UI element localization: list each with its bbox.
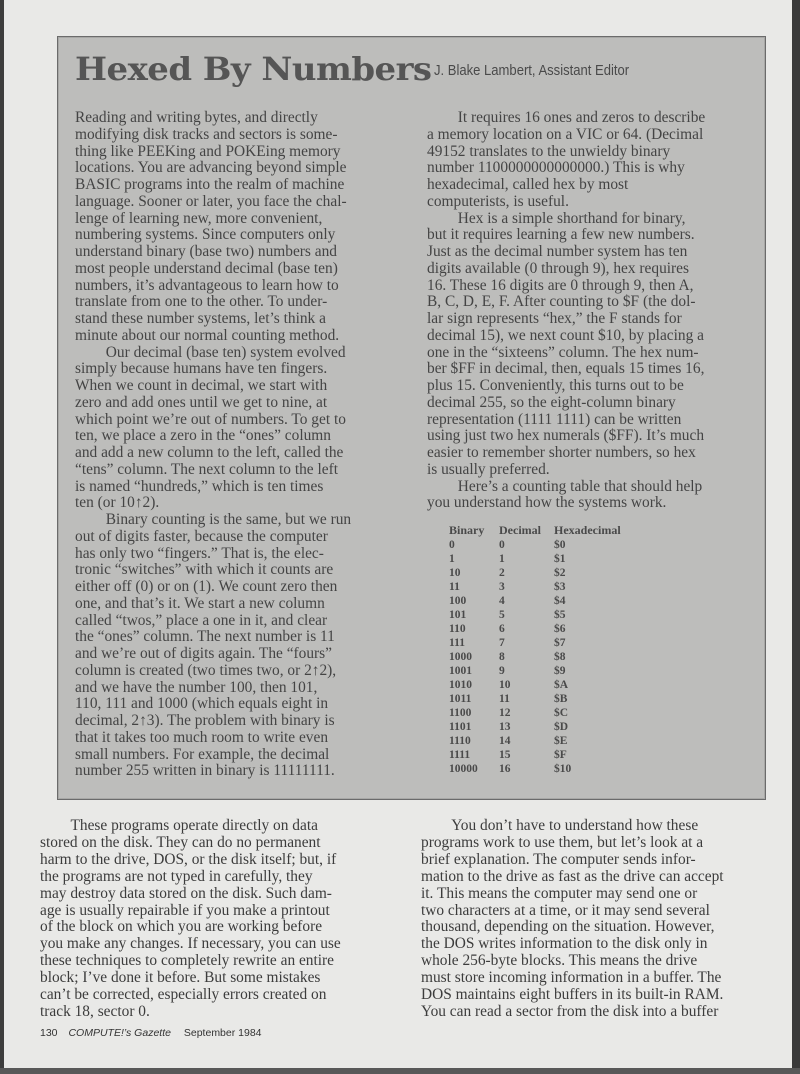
- hex-cell: $4: [554, 594, 621, 608]
- decimal-cell: 5: [499, 608, 554, 622]
- decimal-cell: 3: [499, 580, 554, 594]
- table-row: 113$3: [449, 580, 621, 594]
- hex-cell: $A: [554, 678, 621, 692]
- hex-cell: $6: [554, 622, 621, 636]
- text-line: numbering systems. Since computers only: [75, 227, 351, 244]
- text-line: Hex is a simple shorthand for binary,: [427, 211, 705, 228]
- table-row: 1004$4: [449, 594, 621, 608]
- header-hexadecimal: Hexadecimal: [554, 522, 621, 538]
- hex-cell: $F: [554, 748, 621, 762]
- hex-cell: $D: [554, 720, 621, 734]
- page-footer: 130 COMPUTE!’s Gazette September 1984: [40, 1027, 262, 1039]
- binary-cell: 1111: [449, 748, 499, 762]
- text-line: digits available (0 through 9), hex requ…: [427, 261, 705, 278]
- binary-cell: 10: [449, 566, 499, 580]
- text-line: age is usually repairable if you make a …: [40, 903, 341, 920]
- text-line: modifying disk tracks and sectors is som…: [75, 127, 351, 144]
- text-line: decimal 15), we next count $10, by placi…: [427, 328, 705, 345]
- text-line: track 18, sector 0.: [40, 1004, 341, 1021]
- text-line: ber $FF in decimal, then, equals 15 time…: [427, 361, 705, 378]
- binary-cell: 1101: [449, 720, 499, 734]
- table-row: 110113$D: [449, 720, 621, 734]
- text-line: you make any changes. If necessary, you …: [40, 936, 341, 953]
- text-line: DOS maintains eight buffers in its built…: [421, 987, 724, 1004]
- text-line: Binary counting is the same, but we run: [75, 512, 351, 529]
- hex-cell: $9: [554, 664, 621, 678]
- page-edge-left: [0, 0, 4, 1074]
- binary-cell: 1: [449, 552, 499, 566]
- table-row: 101010$A: [449, 678, 621, 692]
- binary-cell: 1001: [449, 664, 499, 678]
- table-row: 111115$F: [449, 748, 621, 762]
- text-line: of the block on which you are working be…: [40, 919, 341, 936]
- article-title: Hexed By Numbers: [75, 51, 431, 87]
- text-line: locations. You are advancing beyond simp…: [75, 160, 351, 177]
- binary-cell: 1100: [449, 706, 499, 720]
- text-line: the programs are not typed in carefully,…: [40, 869, 341, 886]
- decimal-cell: 9: [499, 664, 554, 678]
- table-row: 1117$7: [449, 636, 621, 650]
- text-line: 16. These 16 digits are 0 through 9, the…: [427, 278, 705, 295]
- body-right-column: You don’t have to understand how thesepr…: [421, 818, 724, 1021]
- text-line: can’t be corrected, especially errors cr…: [40, 987, 341, 1004]
- binary-cell: 1110: [449, 734, 499, 748]
- decimal-cell: 11: [499, 692, 554, 706]
- header-decimal: Decimal: [499, 522, 554, 538]
- hex-cell: $1: [554, 552, 621, 566]
- binary-cell: 100: [449, 594, 499, 608]
- table-row: 10019$9: [449, 664, 621, 678]
- header-binary: Binary: [449, 522, 499, 538]
- binary-cell: 111: [449, 636, 499, 650]
- byline: J. Blake Lambert, Assistant Editor: [434, 63, 629, 79]
- table-row: 1015$5: [449, 608, 621, 622]
- hex-cell: $E: [554, 734, 621, 748]
- binary-cell: 10000: [449, 762, 499, 776]
- text-line: called “twos,” place a one in it, and cl…: [75, 613, 351, 630]
- table-row: 111014$E: [449, 734, 621, 748]
- decimal-cell: 15: [499, 748, 554, 762]
- text-line: the DOS writes information to the disk o…: [421, 936, 724, 953]
- text-line: BASIC programs into the realm of machine: [75, 177, 351, 194]
- text-line: stored on the disk. They can do no perma…: [40, 835, 341, 852]
- table-header-row: Binary Decimal Hexadecimal: [449, 522, 621, 538]
- binary-cell: 11: [449, 580, 499, 594]
- text-line: and we have the number 100, then 101,: [75, 680, 351, 697]
- text-line: ten, we place a zero in the “ones” colum…: [75, 428, 351, 445]
- text-line: minute about our normal counting method.: [75, 328, 351, 345]
- text-line: has only two “fingers.” That is, the ele…: [75, 546, 351, 563]
- text-line: lar sign represents “hex,” the F stands …: [427, 311, 705, 328]
- text-line: lenge of learning new, more convenient,: [75, 211, 351, 228]
- hex-cell: $3: [554, 580, 621, 594]
- text-line: is usually preferred.: [427, 462, 705, 479]
- binary-cell: 1000: [449, 650, 499, 664]
- page-number: 130: [40, 1027, 58, 1039]
- text-line: When we count in decimal, we start with: [75, 378, 351, 395]
- text-line: a memory location on a VIC or 64. (Decim…: [427, 127, 705, 144]
- text-line: translate from one to the other. To unde…: [75, 294, 351, 311]
- text-line: easier to remember shorter numbers, so h…: [427, 445, 705, 462]
- decimal-cell: 8: [499, 650, 554, 664]
- hex-cell: $7: [554, 636, 621, 650]
- table-row: 10008$8: [449, 650, 621, 664]
- text-line: tronic “switches” with which it counts a…: [75, 562, 351, 579]
- hex-cell: $B: [554, 692, 621, 706]
- text-line: the “ones” column. The next number is 11: [75, 629, 351, 646]
- text-line: programs work to use them, but let’s loo…: [421, 835, 724, 852]
- text-line: column is created (two times two, or 2↑2…: [75, 663, 351, 680]
- text-line: plus 15. Conveniently, this turns out to…: [427, 378, 705, 395]
- text-line: Reading and writing bytes, and directly: [75, 110, 351, 127]
- text-line: ten (or 10↑2).: [75, 495, 351, 512]
- decimal-cell: 10: [499, 678, 554, 692]
- text-line: decimal 255, so the eight-column binary: [427, 395, 705, 412]
- text-line: must store incoming information in a buf…: [421, 970, 724, 987]
- text-line: you understand how the systems work.: [427, 495, 705, 512]
- text-line: two characters at a time, or it may send…: [421, 903, 724, 920]
- text-line: hexadecimal, called hex by most: [427, 177, 705, 194]
- text-line: brief explanation. The computer sends in…: [421, 852, 724, 869]
- binary-cell: 1010: [449, 678, 499, 692]
- text-line: Our decimal (base ten) system evolved: [75, 345, 351, 362]
- text-line: one in the “sixteens” column. The hex nu…: [427, 345, 705, 362]
- text-line: language. Sooner or later, you face the …: [75, 194, 351, 211]
- text-line: but it requires learning a few new numbe…: [427, 227, 705, 244]
- text-line: B, C, D, E, F. After counting to $F (the…: [427, 294, 705, 311]
- decimal-cell: 4: [499, 594, 554, 608]
- text-line: thing like PEEKing and POKEing memory: [75, 144, 351, 161]
- text-line: that it takes too much room to write eve…: [75, 730, 351, 747]
- hex-cell: $10: [554, 762, 621, 776]
- table-row: 00$0: [449, 538, 621, 552]
- sidebar-left-column: Reading and writing bytes, and directlym…: [75, 110, 351, 780]
- text-line: these techniques to completely rewrite a…: [40, 953, 341, 970]
- page-edge-bottom: [0, 1068, 800, 1074]
- text-line: stand these number systems, let’s think …: [75, 311, 351, 328]
- text-line: using just two hex numerals ($FF). It’s …: [427, 428, 705, 445]
- text-line: may destroy data stored on the disk. Suc…: [40, 886, 341, 903]
- text-line: block; I’ve done it before. But some mis…: [40, 970, 341, 987]
- text-line: it. This means the computer may send one…: [421, 886, 724, 903]
- table-row: 11$1: [449, 552, 621, 566]
- text-line: You don’t have to understand how these: [421, 818, 724, 835]
- text-line: whole 256-byte blocks. This means the dr…: [421, 953, 724, 970]
- table-body: 00$011$1102$2113$31004$41015$51106$61117…: [449, 538, 621, 776]
- table-row: 1106$6: [449, 622, 621, 636]
- text-line: small numbers. For example, the decimal: [75, 747, 351, 764]
- text-line: which point we’re out of numbers. To get…: [75, 412, 351, 429]
- text-line: number 1100000000000000.) This is why: [427, 160, 705, 177]
- text-line: Here’s a counting table that should help: [427, 479, 705, 496]
- text-line: out of digits faster, because the comput…: [75, 529, 351, 546]
- text-line: “tens” column. The next column to the le…: [75, 462, 351, 479]
- sidebar-right-column: It requires 16 ones and zeros to describ…: [427, 110, 705, 512]
- text-line: understand binary (base two) numbers and: [75, 244, 351, 261]
- decimal-cell: 1: [499, 552, 554, 566]
- text-line: These programs operate directly on data: [40, 818, 341, 835]
- text-line: Just as the decimal number system has te…: [427, 244, 705, 261]
- decimal-cell: 14: [499, 734, 554, 748]
- body-left-column: These programs operate directly on datas…: [40, 818, 341, 1021]
- decimal-cell: 7: [499, 636, 554, 650]
- binary-cell: 101: [449, 608, 499, 622]
- hex-cell: $0: [554, 538, 621, 552]
- hex-cell: $5: [554, 608, 621, 622]
- sidebar-box: Hexed By Numbers J. Blake Lambert, Assis…: [57, 36, 766, 800]
- table-row: 110012$C: [449, 706, 621, 720]
- text-line: simply because humans have ten fingers.: [75, 361, 351, 378]
- publication-name: COMPUTE!’s Gazette: [68, 1027, 171, 1039]
- decimal-cell: 13: [499, 720, 554, 734]
- decimal-cell: 16: [499, 762, 554, 776]
- text-line: most people understand decimal (base ten…: [75, 261, 351, 278]
- table-row: 101111$B: [449, 692, 621, 706]
- counting-table: Binary Decimal Hexadecimal 00$011$1102$2…: [449, 522, 621, 776]
- decimal-cell: 12: [499, 706, 554, 720]
- hex-cell: $2: [554, 566, 621, 580]
- page-edge-right: [792, 0, 800, 1074]
- text-line: zero and add ones until we get to nine, …: [75, 395, 351, 412]
- binary-cell: 1011: [449, 692, 499, 706]
- decimal-cell: 6: [499, 622, 554, 636]
- binary-cell: 110: [449, 622, 499, 636]
- text-line: one, and that’s it. We start a new colum…: [75, 596, 351, 613]
- decimal-cell: 2: [499, 566, 554, 580]
- text-line: number 255 written in binary is 11111111…: [75, 763, 351, 780]
- text-line: You can read a sector from the disk into…: [421, 1004, 724, 1021]
- issue-date: September 1984: [184, 1027, 262, 1039]
- text-line: computerists, is useful.: [427, 194, 705, 211]
- binary-cell: 0: [449, 538, 499, 552]
- text-line: representation (1111 1111) can be writte…: [427, 412, 705, 429]
- text-line: mation to the drive as fast as the drive…: [421, 869, 724, 886]
- hex-cell: $8: [554, 650, 621, 664]
- text-line: is named “hundreds,” which is ten times: [75, 479, 351, 496]
- text-line: either off (0) or on (1). We count zero …: [75, 579, 351, 596]
- table-row: 102$2: [449, 566, 621, 580]
- text-line: 49152 translates to the unwieldy binary: [427, 144, 705, 161]
- text-line: and we’re out of digits again. The “four…: [75, 646, 351, 663]
- text-line: harm to the drive, DOS, or the disk itse…: [40, 852, 341, 869]
- text-line: 110, 111 and 1000 (which equals eight in: [75, 696, 351, 713]
- text-line: and add a new column to the left, called…: [75, 445, 351, 462]
- text-line: decimal, 2↑3). The problem with binary i…: [75, 713, 351, 730]
- decimal-cell: 0: [499, 538, 554, 552]
- text-line: numbers, it’s advantageous to learn how …: [75, 278, 351, 295]
- text-line: It requires 16 ones and zeros to describ…: [427, 110, 705, 127]
- table-row: 1000016$10: [449, 762, 621, 776]
- hex-cell: $C: [554, 706, 621, 720]
- text-line: thousand, depending on the situation. Ho…: [421, 919, 724, 936]
